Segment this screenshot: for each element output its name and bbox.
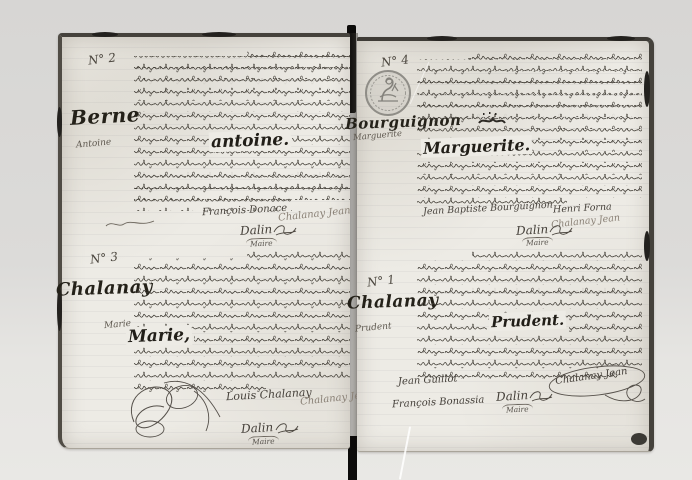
margin-given-name: Prudent bbox=[355, 321, 392, 334]
signature-flourish bbox=[545, 361, 649, 409]
page-corner-stain bbox=[631, 433, 647, 445]
mayor-title: Maire bbox=[502, 403, 533, 414]
register-scan: N° 2 Berne Antoine antoine. François Don… bbox=[0, 0, 692, 480]
child-name-highlight: Marguerite. bbox=[421, 135, 533, 158]
margin-surname: Berne bbox=[69, 102, 140, 130]
child-name-highlight: Marie, bbox=[126, 325, 193, 347]
child-name-highlight: Prudent. bbox=[489, 311, 567, 332]
signature-flourish bbox=[124, 377, 228, 443]
entry-number: N° 3 bbox=[89, 249, 118, 266]
left-page: N° 2 Berne Antoine antoine. François Don… bbox=[58, 33, 350, 449]
mayor-paraph bbox=[272, 222, 298, 238]
mayor-signature: Dalin bbox=[241, 420, 274, 436]
entry-number: N° 2 bbox=[87, 50, 116, 67]
entry-number: N° 4 bbox=[380, 52, 409, 69]
mayor-signature: Dalin bbox=[240, 222, 273, 238]
handwritten-text-block bbox=[132, 249, 352, 394]
page-edge-blemish bbox=[202, 32, 236, 37]
page-edge-blemish bbox=[57, 107, 62, 137]
child-name-highlight: antoine. bbox=[209, 130, 292, 153]
revenue-stamp-icon bbox=[364, 69, 412, 117]
page-edge-blemish bbox=[92, 32, 118, 37]
mayor-signature: Dalin bbox=[496, 388, 529, 404]
witness-signature: Jean Guillot bbox=[398, 373, 458, 387]
signature-flourish bbox=[104, 217, 156, 231]
mayor-paraph bbox=[274, 420, 300, 436]
mayor-title: Maire bbox=[248, 435, 279, 446]
mayor-title: Maire bbox=[246, 237, 277, 248]
handwritten-text-block bbox=[417, 51, 645, 213]
mayor-title: Maire bbox=[522, 236, 553, 247]
entry-number: N° 1 bbox=[366, 272, 395, 289]
page-edge-blemish bbox=[607, 36, 635, 41]
witness-signature: François Bonassia bbox=[392, 395, 485, 411]
mayor-paraph bbox=[548, 222, 574, 238]
page-edge-blemish bbox=[427, 36, 457, 41]
margin-given-name: Antoine bbox=[76, 137, 112, 150]
right-page: N° 4 Bourguignon Marguerite bbox=[357, 37, 654, 452]
mayor-signature: Dalin bbox=[516, 222, 549, 238]
